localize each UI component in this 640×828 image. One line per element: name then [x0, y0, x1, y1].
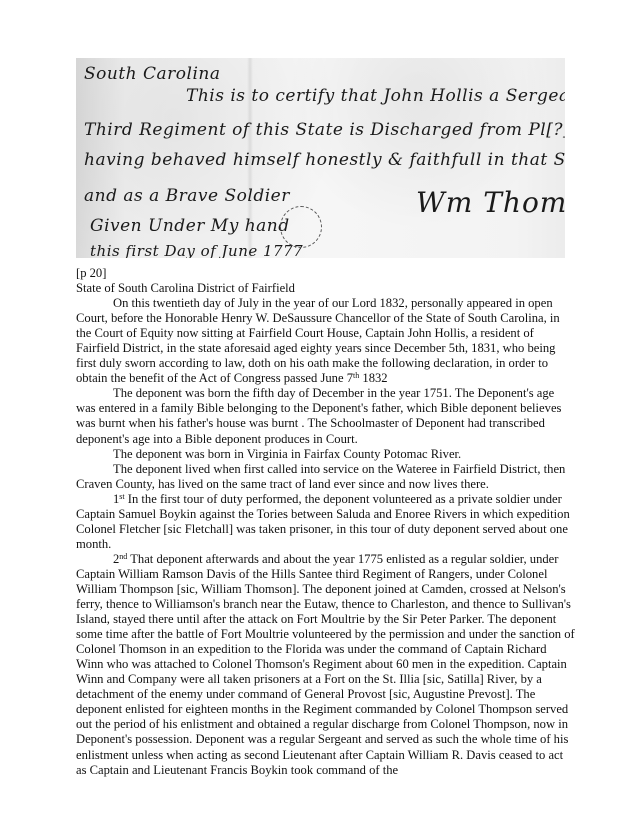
handwritten-line: this first Day of June 1777: [90, 242, 303, 258]
handwritten-line: having behaved himself honestly & faithf…: [84, 150, 565, 170]
signature: Wm Thomson: [416, 186, 565, 219]
handwritten-line: Third Regiment of this State is Discharg…: [84, 120, 565, 140]
document-heading: State of South Carolina District of Fair…: [76, 281, 576, 296]
paragraph: The deponent was born in Virginia in Fai…: [76, 447, 576, 462]
paragraph: 2nd That deponent afterwards and about t…: [76, 552, 576, 778]
paragraph-text: That deponent afterwards and about the y…: [76, 552, 575, 777]
paragraph: The deponent was born the fifth day of D…: [76, 386, 576, 446]
paragraph: On this twentieth day of July in the yea…: [76, 296, 576, 386]
handwritten-line: South Carolina: [84, 64, 220, 84]
handwritten-line: and as a Brave Soldier: [84, 186, 290, 206]
page-marker: [p 20]: [76, 266, 576, 281]
paragraph-text: In the first tour of duty performed, the…: [76, 492, 570, 551]
paragraph: 1st In the first tour of duty performed,…: [76, 492, 576, 552]
discharge-certificate-scan: South Carolina This is to certify that J…: [76, 58, 565, 258]
archive-stamp-icon: [280, 206, 322, 248]
transcription: [p 20] State of South Carolina District …: [76, 266, 576, 778]
paragraph-text: 1832: [359, 371, 387, 385]
paragraph-text: On this twentieth day of July in the yea…: [76, 296, 560, 385]
handwritten-line: This is to certify that John Hollis a Se…: [186, 86, 565, 106]
paragraph: The deponent lived when first called int…: [76, 462, 576, 492]
handwritten-line: Given Under My hand: [90, 216, 290, 236]
